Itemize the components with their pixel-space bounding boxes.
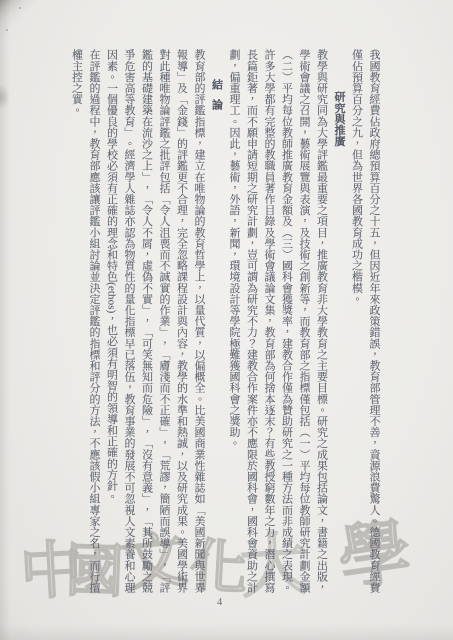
intro-paragraph: 我國教育經費佔政府總預算百分之十五，但因近年來政策錯誤，教育部管理不善，資源浪費…	[347, 49, 382, 595]
research-paragraph-2: 許多大學都有完整的教職員著作目錄及學術會議論文集，教育部為何捨本逐末？有些教授窮…	[225, 49, 278, 595]
scan-smudge	[0, 84, 10, 110]
scan-edge-shadow-left	[0, 0, 10, 640]
conclusion-paragraph-1: 教育部的評鑑指標，建立在唯物論的教育哲學上，以量代質，以偏概全。比美國商業性雜誌…	[102, 49, 207, 595]
ink-speck	[19, 7, 21, 9]
conclusion-paragraph-2: 在評鑑的過程中，教育部應該讓評鑑小組討論並決定評鑑的指標和評分的方法，不應該假小…	[67, 49, 102, 595]
section-heading-research: 研究與推廣	[330, 49, 348, 595]
research-paragraph-1: 教學與研究同為大學評鑑最重要之項目，推廣教育非大學教育之主要目標。研究之成果包括…	[277, 49, 330, 595]
document-body: 我國教育經費佔政府總預算百分之十五，但因近年來政策錯誤，教育部管理不善，資源浪費…	[67, 49, 382, 595]
document-page: 中 國 文 化 大 學 我國教育經費佔政府總預算百分之十五，但因近年來政策錯誤，…	[0, 0, 453, 640]
page-number: 4	[217, 597, 222, 608]
scan-corner-shadow	[0, 0, 46, 46]
scan-edge-shadow-bottom	[0, 624, 453, 640]
ink-speck	[6, 29, 8, 31]
section-heading-conclusion: 結論	[207, 49, 225, 595]
